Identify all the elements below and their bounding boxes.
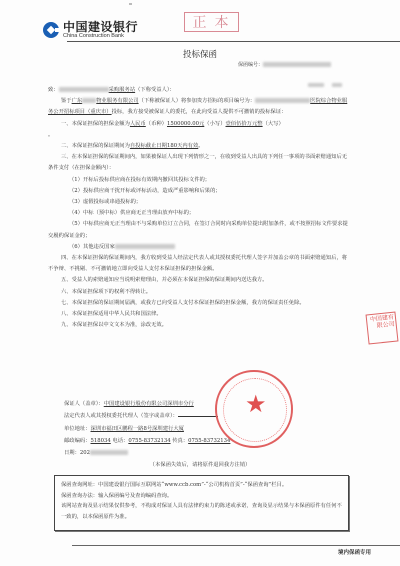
clause-3-item-6: （6）其他违反国家 bbox=[48, 242, 348, 253]
contact-line: 邮政编码：518034 电话：0755-83732134 传真：0755-837… bbox=[64, 435, 230, 447]
query-url-line: 保函查询网址：中国建设银行国际互联网站“www.ccb.com”-“公司机构首页… bbox=[61, 480, 342, 491]
guarantee-document: 中国建设银行 China Construction Bank 正本 投标保函 保… bbox=[0, 0, 400, 566]
redacted-guarantee-number bbox=[263, 62, 331, 67]
guarantee-number: 保函编号： bbox=[238, 61, 331, 68]
clause-1: 一、本保证担保的担保金额为人民币（币种）1500000.00元（小写）壹佰伍拾万… bbox=[48, 119, 348, 141]
clause-9: 九、本保证担保以中文文本为准，涂改无效。 bbox=[48, 320, 348, 331]
footer-divider bbox=[72, 545, 400, 546]
signature-block: 保证人（盖章）：中国建设银行股份有限公司深圳市分行 法定代表人或其授权委托代理人… bbox=[64, 398, 230, 459]
addressee-line: 致：采购服务站（下称受益人）： bbox=[48, 85, 348, 96]
footer-label: 境内保函专用 bbox=[338, 548, 371, 556]
clause-5: 五、受益人的索赔通知应当说明索赔理由，并必须在本保证担保的保证期间内送达我方。 bbox=[48, 275, 348, 286]
ccb-logo-icon bbox=[43, 22, 59, 38]
clause-7: 七、本保证担保的保证期间届满，或我方已向受益人支付本保证担保的担保金额，我方的保… bbox=[48, 298, 348, 309]
clause-4: 四、在本保证担保的保证期间内，我方收到受益人经法定代表人或其授权委托代理人签字并… bbox=[48, 253, 348, 275]
bank-name-cn: 中国建设银行 bbox=[63, 21, 138, 33]
guarantor-line: 保证人（盖章）：中国建设银行股份有限公司深圳市分行 bbox=[64, 398, 230, 410]
header-divider bbox=[67, 41, 400, 42]
star-icon: ★ bbox=[245, 392, 267, 416]
address-line: 单位地址：深圳市福田区鹏程一路8号深圳建行大厦 bbox=[64, 423, 230, 435]
redacted-project-no bbox=[255, 98, 310, 103]
guarantee-number-label: 保函编号： bbox=[238, 61, 263, 68]
clause-3-item-2: （2）投标供应商干扰开标或评标活动，造成严重影响和后果的； bbox=[48, 186, 348, 197]
bank-official-seal: ★ bbox=[215, 370, 293, 448]
query-info-box: 保函查询网址：中国建设银行国际互联网站“www.ccb.com”-“公司机构首页… bbox=[54, 475, 349, 531]
clause-3-item-4: （4）中标（预中标）供应商无正当理由放弃中标的； bbox=[48, 208, 348, 219]
clause-8: 八、本保证担保适用中华人民共和国法律。 bbox=[48, 309, 348, 320]
intro-paragraph: 鉴于广东物业服务有限公司（下称被保证人）将参加贵方招标的项目编号为：医院综合物业… bbox=[48, 96, 348, 118]
clause-6: 六、本保证担保项下的权利不得转让。 bbox=[48, 287, 348, 298]
clause-3-item-5: （5）中标供应商无正当理由不与采购单位订立合同，在签订合同时向采购单位提出附加条… bbox=[48, 219, 348, 241]
redacted-beneficiary bbox=[59, 87, 109, 92]
bank-logo: 中国建设银行 China Construction Bank bbox=[43, 21, 138, 40]
partial-company-seal: 中国建有限公司 bbox=[366, 312, 399, 345]
scan-artifact bbox=[129, 3, 132, 5]
clause-3: 三、在本保证担保的保证期间内，如果被保证人出现下列情形之一，在收到受益人出具的下… bbox=[48, 152, 348, 174]
original-stamp: 正本 bbox=[184, 12, 239, 32]
guarantee-body: 致：采购服务站（下称受益人）： 鉴于广东物业服务有限公司（下称被保证人）将参加贵… bbox=[48, 85, 348, 331]
bank-name-en: China Construction Bank bbox=[63, 34, 138, 40]
return-note: （本保函失效后，请将原件退回我方注销） bbox=[0, 460, 400, 468]
clause-3-item-1: （1）开标后投标供应商在投标有效期内撤回其投标文件的； bbox=[48, 175, 348, 186]
query-method-line: 保函查询办法：输入保函编号及查询编码查询。 bbox=[61, 491, 342, 502]
clause-3-item-3: （3）虚假投标或串通投标的； bbox=[48, 197, 348, 208]
representative-line: 法定代表人或其授权委托代理人（签字或盖章）： bbox=[64, 410, 230, 422]
query-disclaimer-line: 该网站查询及显示结果仅供参考，不构成对保证人具有法律约束力的陈述或承诺，查询及显… bbox=[61, 501, 342, 522]
clause-2: 二、本保证担保的保证期间为自投标截止日期180天内有效。 bbox=[48, 141, 348, 152]
date-line: 日期：202 bbox=[64, 447, 230, 459]
document-title: 投标保函 bbox=[0, 48, 400, 60]
